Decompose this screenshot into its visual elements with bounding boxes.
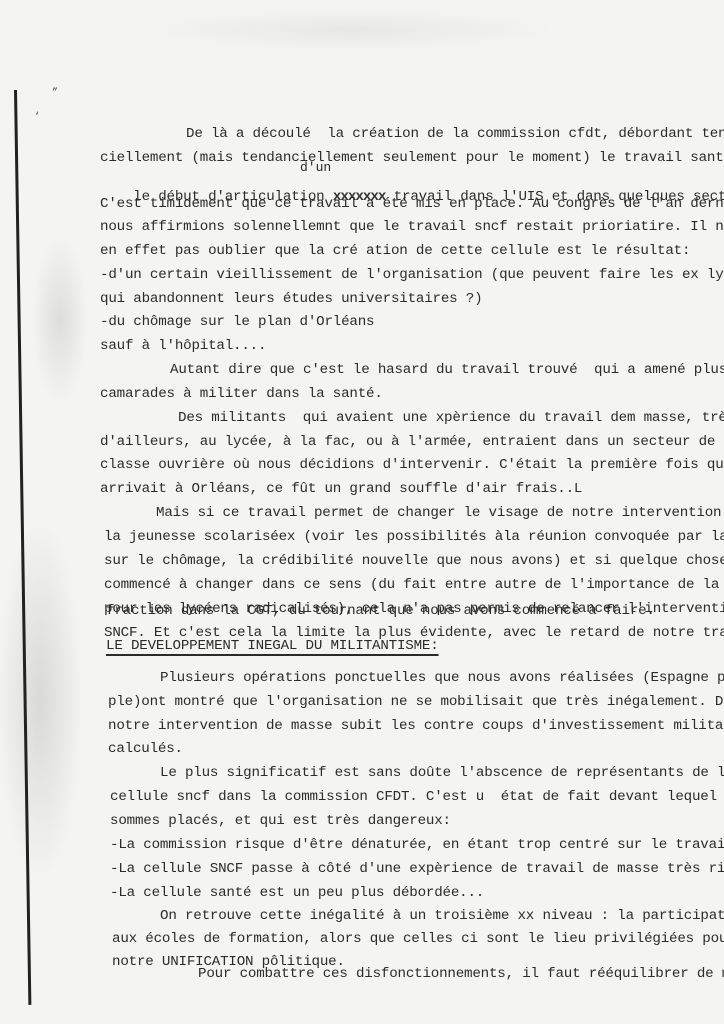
text-line: sauf à l'hôpital....: [100, 338, 266, 354]
text-line: Le plus significatif est sans doûte l'ab…: [160, 765, 724, 781]
text-line: Plusieurs opérations ponctuelles que nou…: [160, 670, 724, 686]
text-line: fraction dans la CGT, du tournant que no…: [106, 603, 655, 619]
text-line: ciellement (mais tendanciellement seulem…: [100, 150, 724, 166]
text-line: aux écoles de formation, alors que celle…: [112, 931, 724, 947]
margin-mark: ”: [52, 88, 58, 99]
text-line: De là a découlé la création de la commis…: [186, 126, 724, 142]
text-line: en effet pas oublier que la cré ation de…: [100, 243, 690, 259]
text-line: notre intervention de masse subit les co…: [108, 718, 724, 734]
text-line: sommes placés, et qui est très dangereux…: [110, 813, 451, 829]
typewritten-page: ” ‘ De là a découlé la création de la co…: [0, 0, 724, 1024]
text-line: Autant dire que c'est le hasard du trava…: [170, 362, 724, 378]
section-heading: LE DEVELOPPEMENT INEGAL DU MILITANTISME:: [106, 638, 439, 654]
text-line: arrivait à Orléans, ce fût un grand souf…: [100, 481, 582, 497]
text-line: qui abandonnent leurs études universitai…: [100, 291, 482, 307]
text-line: -La cellule santé est un peu plus débord…: [110, 885, 484, 901]
text-line: -du chômage sur le plan d'Orléans: [100, 314, 374, 330]
text-line: Des militants qui avaient une xpèrience …: [178, 410, 724, 426]
text-line: cellule sncf dans la commission CFDT. C'…: [110, 789, 724, 805]
text-line: Pour combattre ces disfonctionnements, i…: [198, 966, 724, 982]
text-line: sur le chômage, la crédibilité nouvelle …: [104, 553, 724, 569]
text-line: camarades à militer dans la santé.: [100, 386, 383, 402]
text-line: On retrouve cette inégalité à un troisiè…: [160, 908, 724, 924]
text-line: -d'un certain vieillissement de l'organi…: [100, 267, 724, 283]
text-line: Mais si ce travail permet de changer le …: [156, 505, 724, 521]
text-line: C'est timidement que ce travail a été mi…: [100, 196, 724, 212]
text-line: la jeunesse scolariséex (voir les possib…: [104, 529, 724, 545]
text-line: calculés.: [108, 741, 183, 757]
text-line: -La commission risque d'être dénaturée, …: [110, 837, 724, 853]
text-line: -La cellule SNCF passe à côté d'une expè…: [110, 861, 724, 877]
text-line: classe ouvrière où nous décidions d'inte…: [100, 457, 724, 473]
text-line: nous affirmions solennellemnt que le tra…: [100, 219, 724, 235]
text-line: ple)ont montré que l'organisation ne se …: [108, 694, 724, 710]
left-margin-rule: [14, 90, 31, 1005]
margin-mark: ‘: [34, 112, 40, 123]
text-line: d'ailleurs, au lycée, à la fac, ou à l'a…: [100, 434, 724, 450]
handwritten-insertion: d'un: [300, 160, 331, 175]
text-line: commencé à changer dans ce sens (du fait…: [104, 577, 724, 593]
